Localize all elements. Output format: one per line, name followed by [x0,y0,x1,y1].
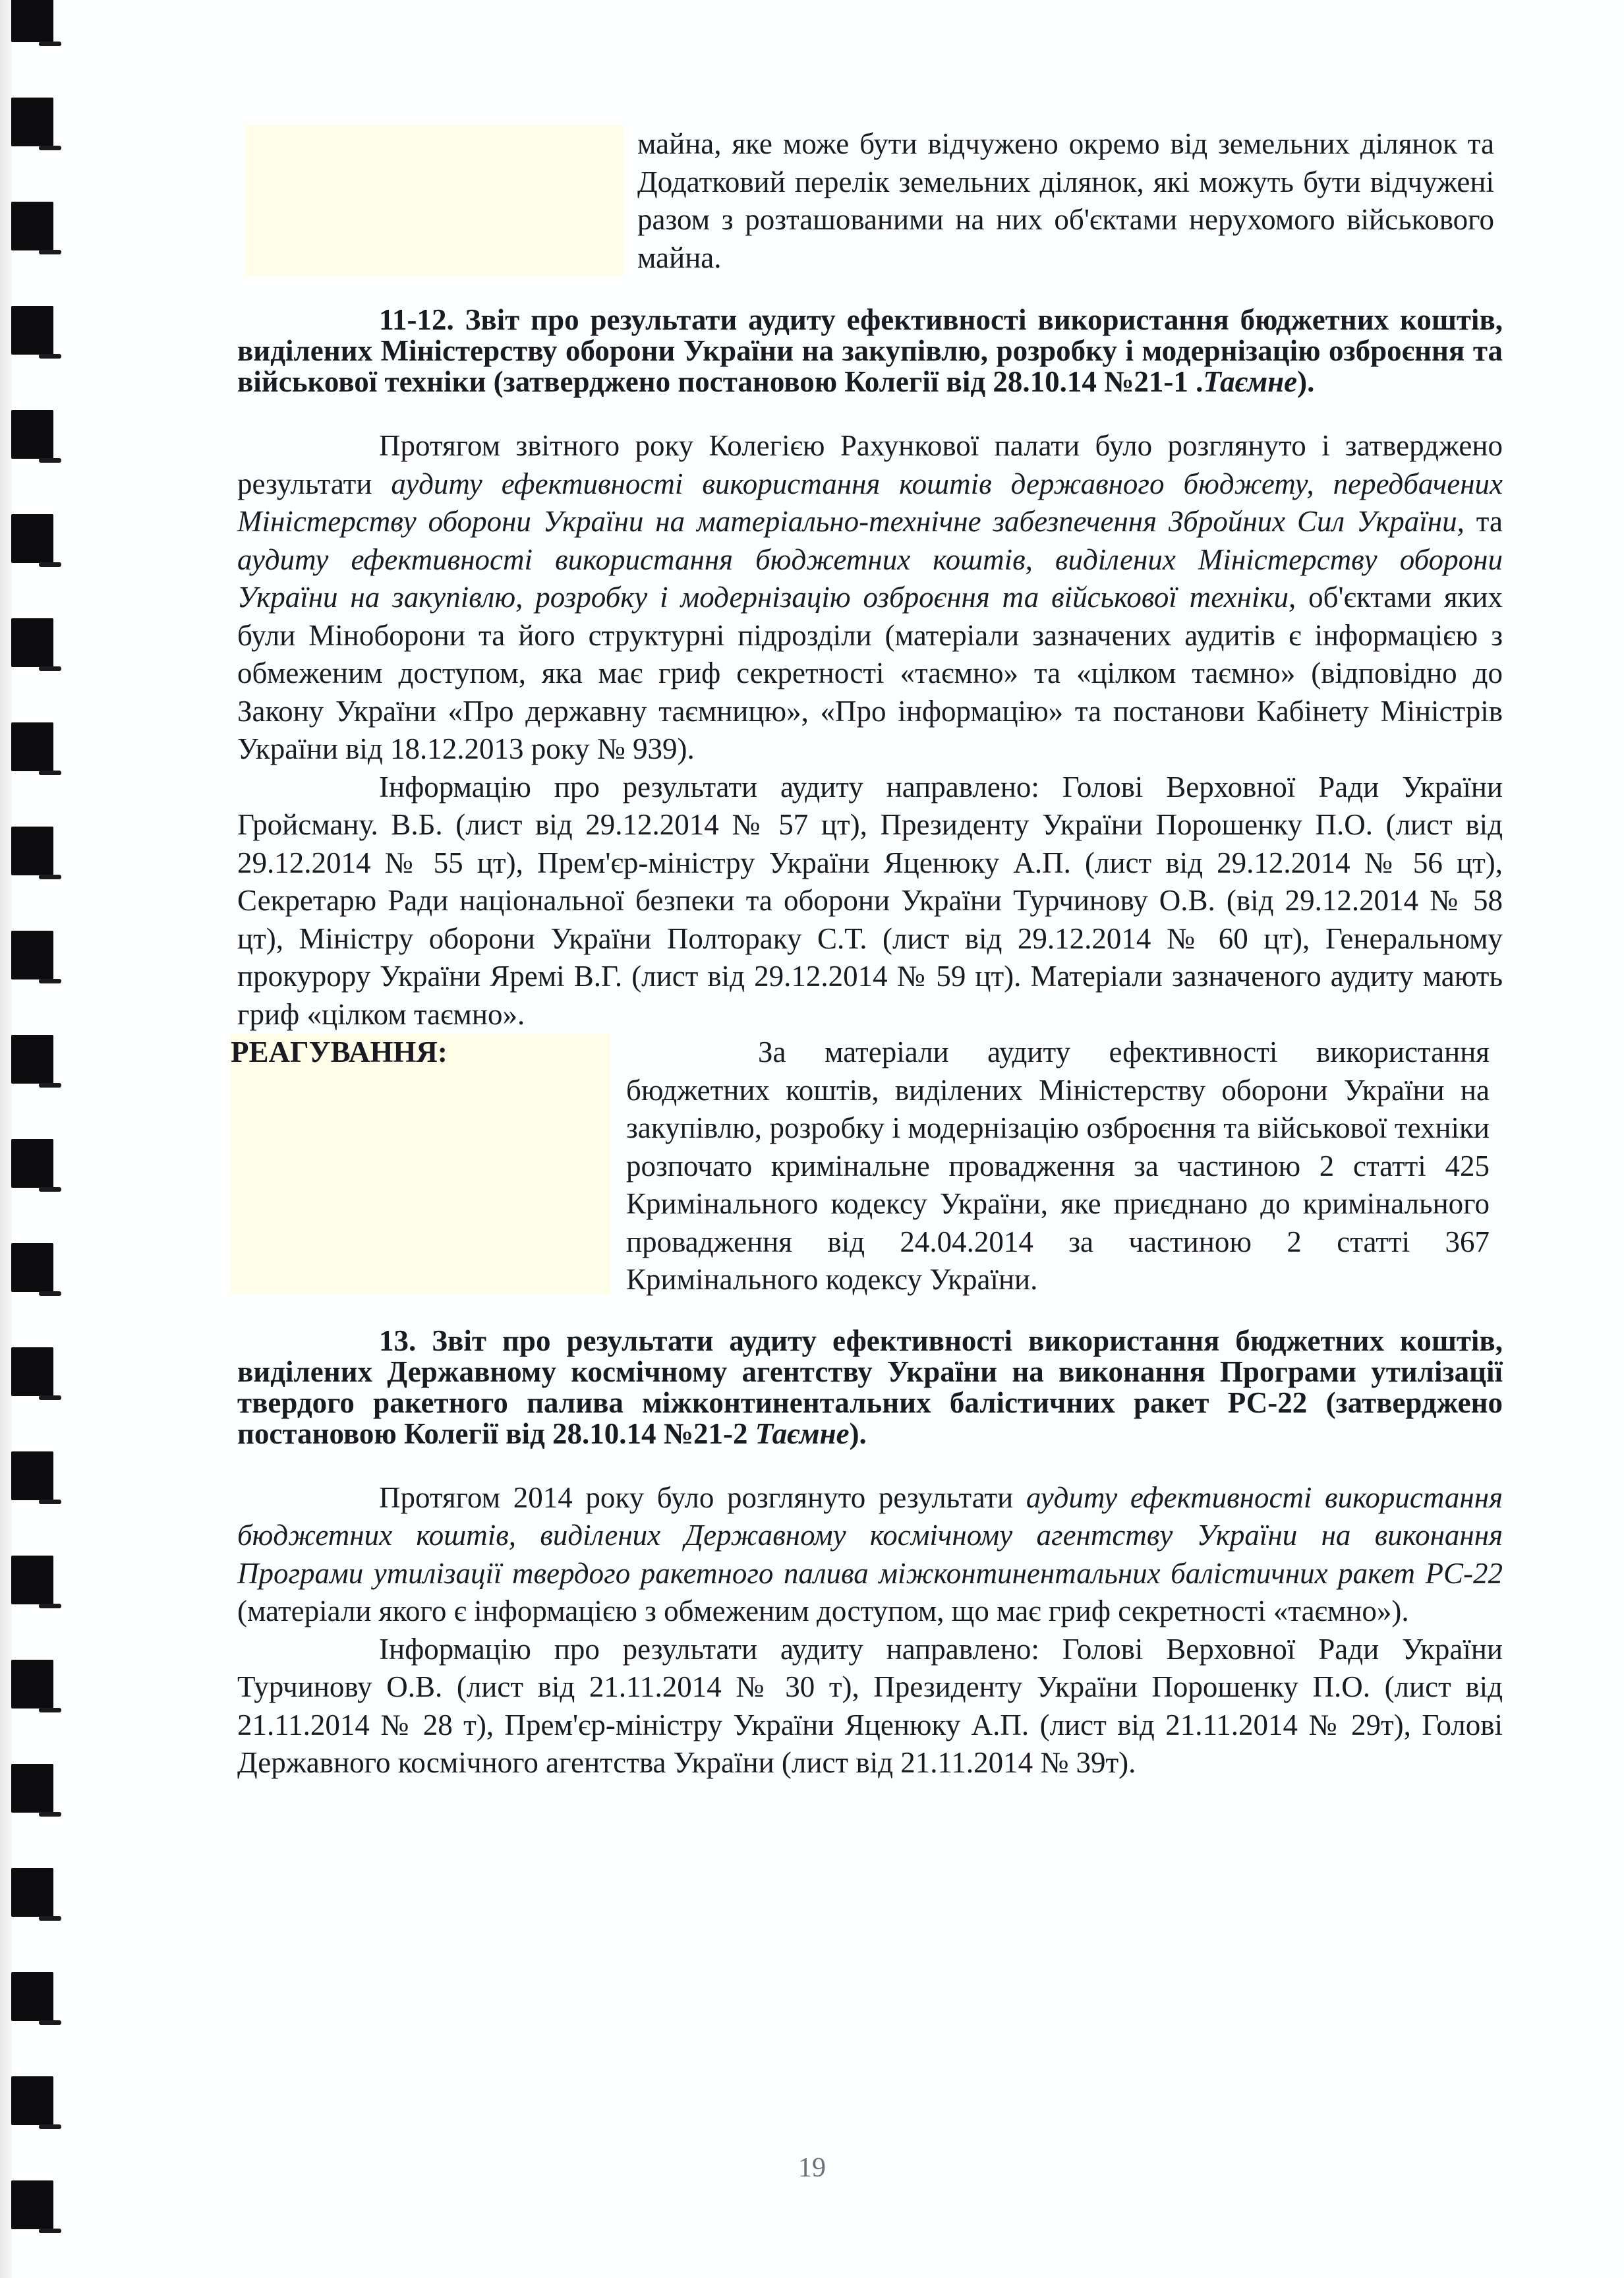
binding-tab [11,98,53,146]
reaction-text: За матеріали аудиту ефективності викорис… [626,1034,1490,1299]
section-heading-13: 13. Звіт про результати аудиту ефективно… [237,1326,1503,1449]
reaction-label: РЕАГУВАННЯ: [231,1034,610,1071]
binding-tab [11,1660,53,1708]
binding-tab [11,618,53,667]
section-11-12-paragraph-1: Протягом звітного року Колегією Рахунков… [237,427,1503,769]
binding-tab [11,722,53,771]
binding-tab [11,514,53,563]
binding-tab [11,0,53,42]
binding-tab [11,2180,53,2229]
binding-tab [11,2076,53,2125]
binding-tab [11,202,53,250]
binding-tab [11,410,53,459]
reaction-block: РЕАГУВАННЯ: За матеріали аудиту ефективн… [237,1034,1503,1299]
binding-tab [11,1868,53,1917]
continuation-text: майна, яке може бути відчужено окремо ві… [637,125,1494,277]
binding-tab [11,1556,53,1604]
binding-tab [11,1451,53,1500]
binding-tab [11,1764,53,1813]
page-number: 19 [0,2152,1624,2184]
section-heading-11-12: 11-12. Звіт про результати аудиту ефекти… [237,305,1503,397]
binding-tab [11,1347,53,1396]
highlight-box [245,125,624,276]
section-13-paragraph-1: Протягом 2014 року було розглянуто резул… [237,1479,1503,1631]
section-11-12-paragraph-2: Інформацію про результати аудиту направл… [237,769,1503,1034]
binding-tab [11,931,53,979]
binding-tab [11,827,53,875]
section-13-paragraph-2: Інформацію про результати аудиту направл… [237,1631,1503,1782]
binding-rail [0,0,12,2278]
binding-tab [11,1139,53,1188]
reaction-label-box: РЕАГУВАННЯ: [231,1034,610,1294]
binding-tab [11,1243,53,1292]
continuation-block: майна, яке може бути відчужено окремо ві… [237,125,1503,277]
binding-tab [11,306,53,355]
spiral-binding [0,0,66,2278]
binding-tab [11,1035,53,1084]
document-page: майна, яке може бути відчужено окремо ві… [237,125,1503,1782]
binding-tab [11,1972,53,2021]
